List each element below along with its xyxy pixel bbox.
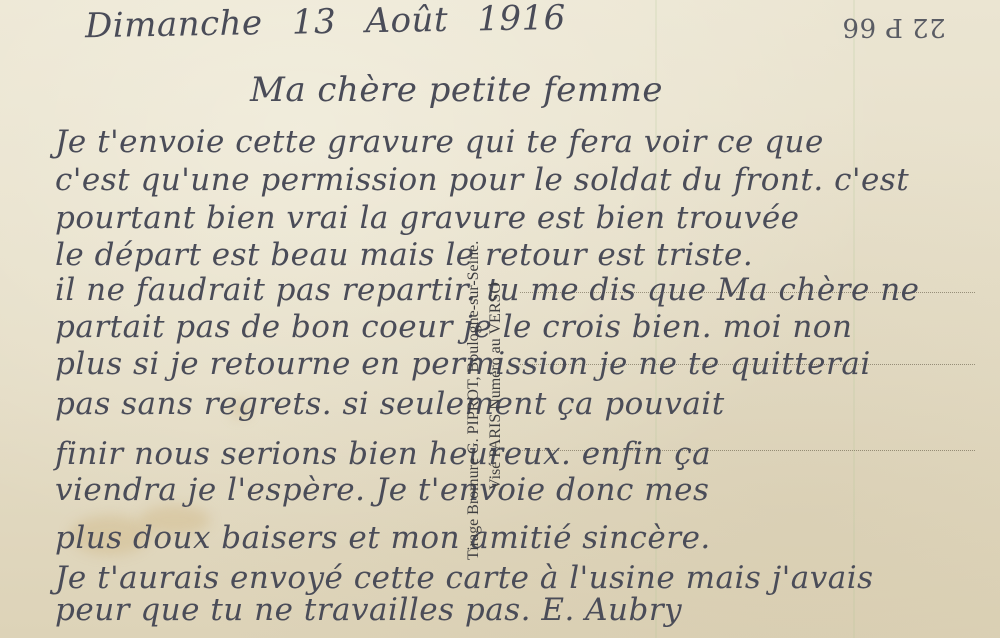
imprint-printer-line: Tirage Bromure G. PIPROT, Boulogne-sur-S…	[463, 241, 485, 560]
letter-line: c'est qu'une permission pour le soldat d…	[55, 162, 985, 198]
letter-line: viendra je l'espère. Je t'envoie donc me…	[55, 472, 985, 508]
letter-line: Je t'envoie cette gravure qui te fera vo…	[55, 124, 985, 160]
letter-line: il ne faudrait pas repartir. tu me dis q…	[55, 272, 985, 308]
letter-line-with-signature: peur que tu ne travailles pas. E. Aubry	[55, 592, 985, 628]
letter-line: pas sans regrets. si seulement ça pouvai…	[55, 386, 985, 422]
letter-date: Dimanche 13 Août 1916	[85, 0, 567, 46]
archive-reference: 22 P 66	[842, 12, 946, 42]
printer-imprint: Tirage Bromure G. PIPROT, Boulogne-sur-S…	[463, 241, 507, 560]
letter-line: pourtant bien vrai la gravure est bien t…	[55, 200, 985, 236]
letter-line: partait pas de bon coeur je le crois bie…	[55, 309, 985, 345]
imprint-visa-line: Visé PARIS Numéro au VERSO	[485, 241, 507, 560]
postcard: Dimanche 13 Août 1916 22 P 66 Ma chère p…	[0, 0, 1000, 638]
salutation: Ma chère petite femme	[250, 70, 663, 110]
letter-line: plus si je retourne en permission je ne …	[55, 346, 985, 382]
letter-line: le départ est beau mais le retour est tr…	[55, 237, 985, 273]
letter-line: finir nous serions bien heureux. enfin ç…	[55, 436, 985, 472]
letter-line: Je t'aurais envoyé cette carte à l'usine…	[55, 560, 985, 596]
letter-line: plus doux baisers et mon amitié sincère.	[55, 520, 985, 556]
